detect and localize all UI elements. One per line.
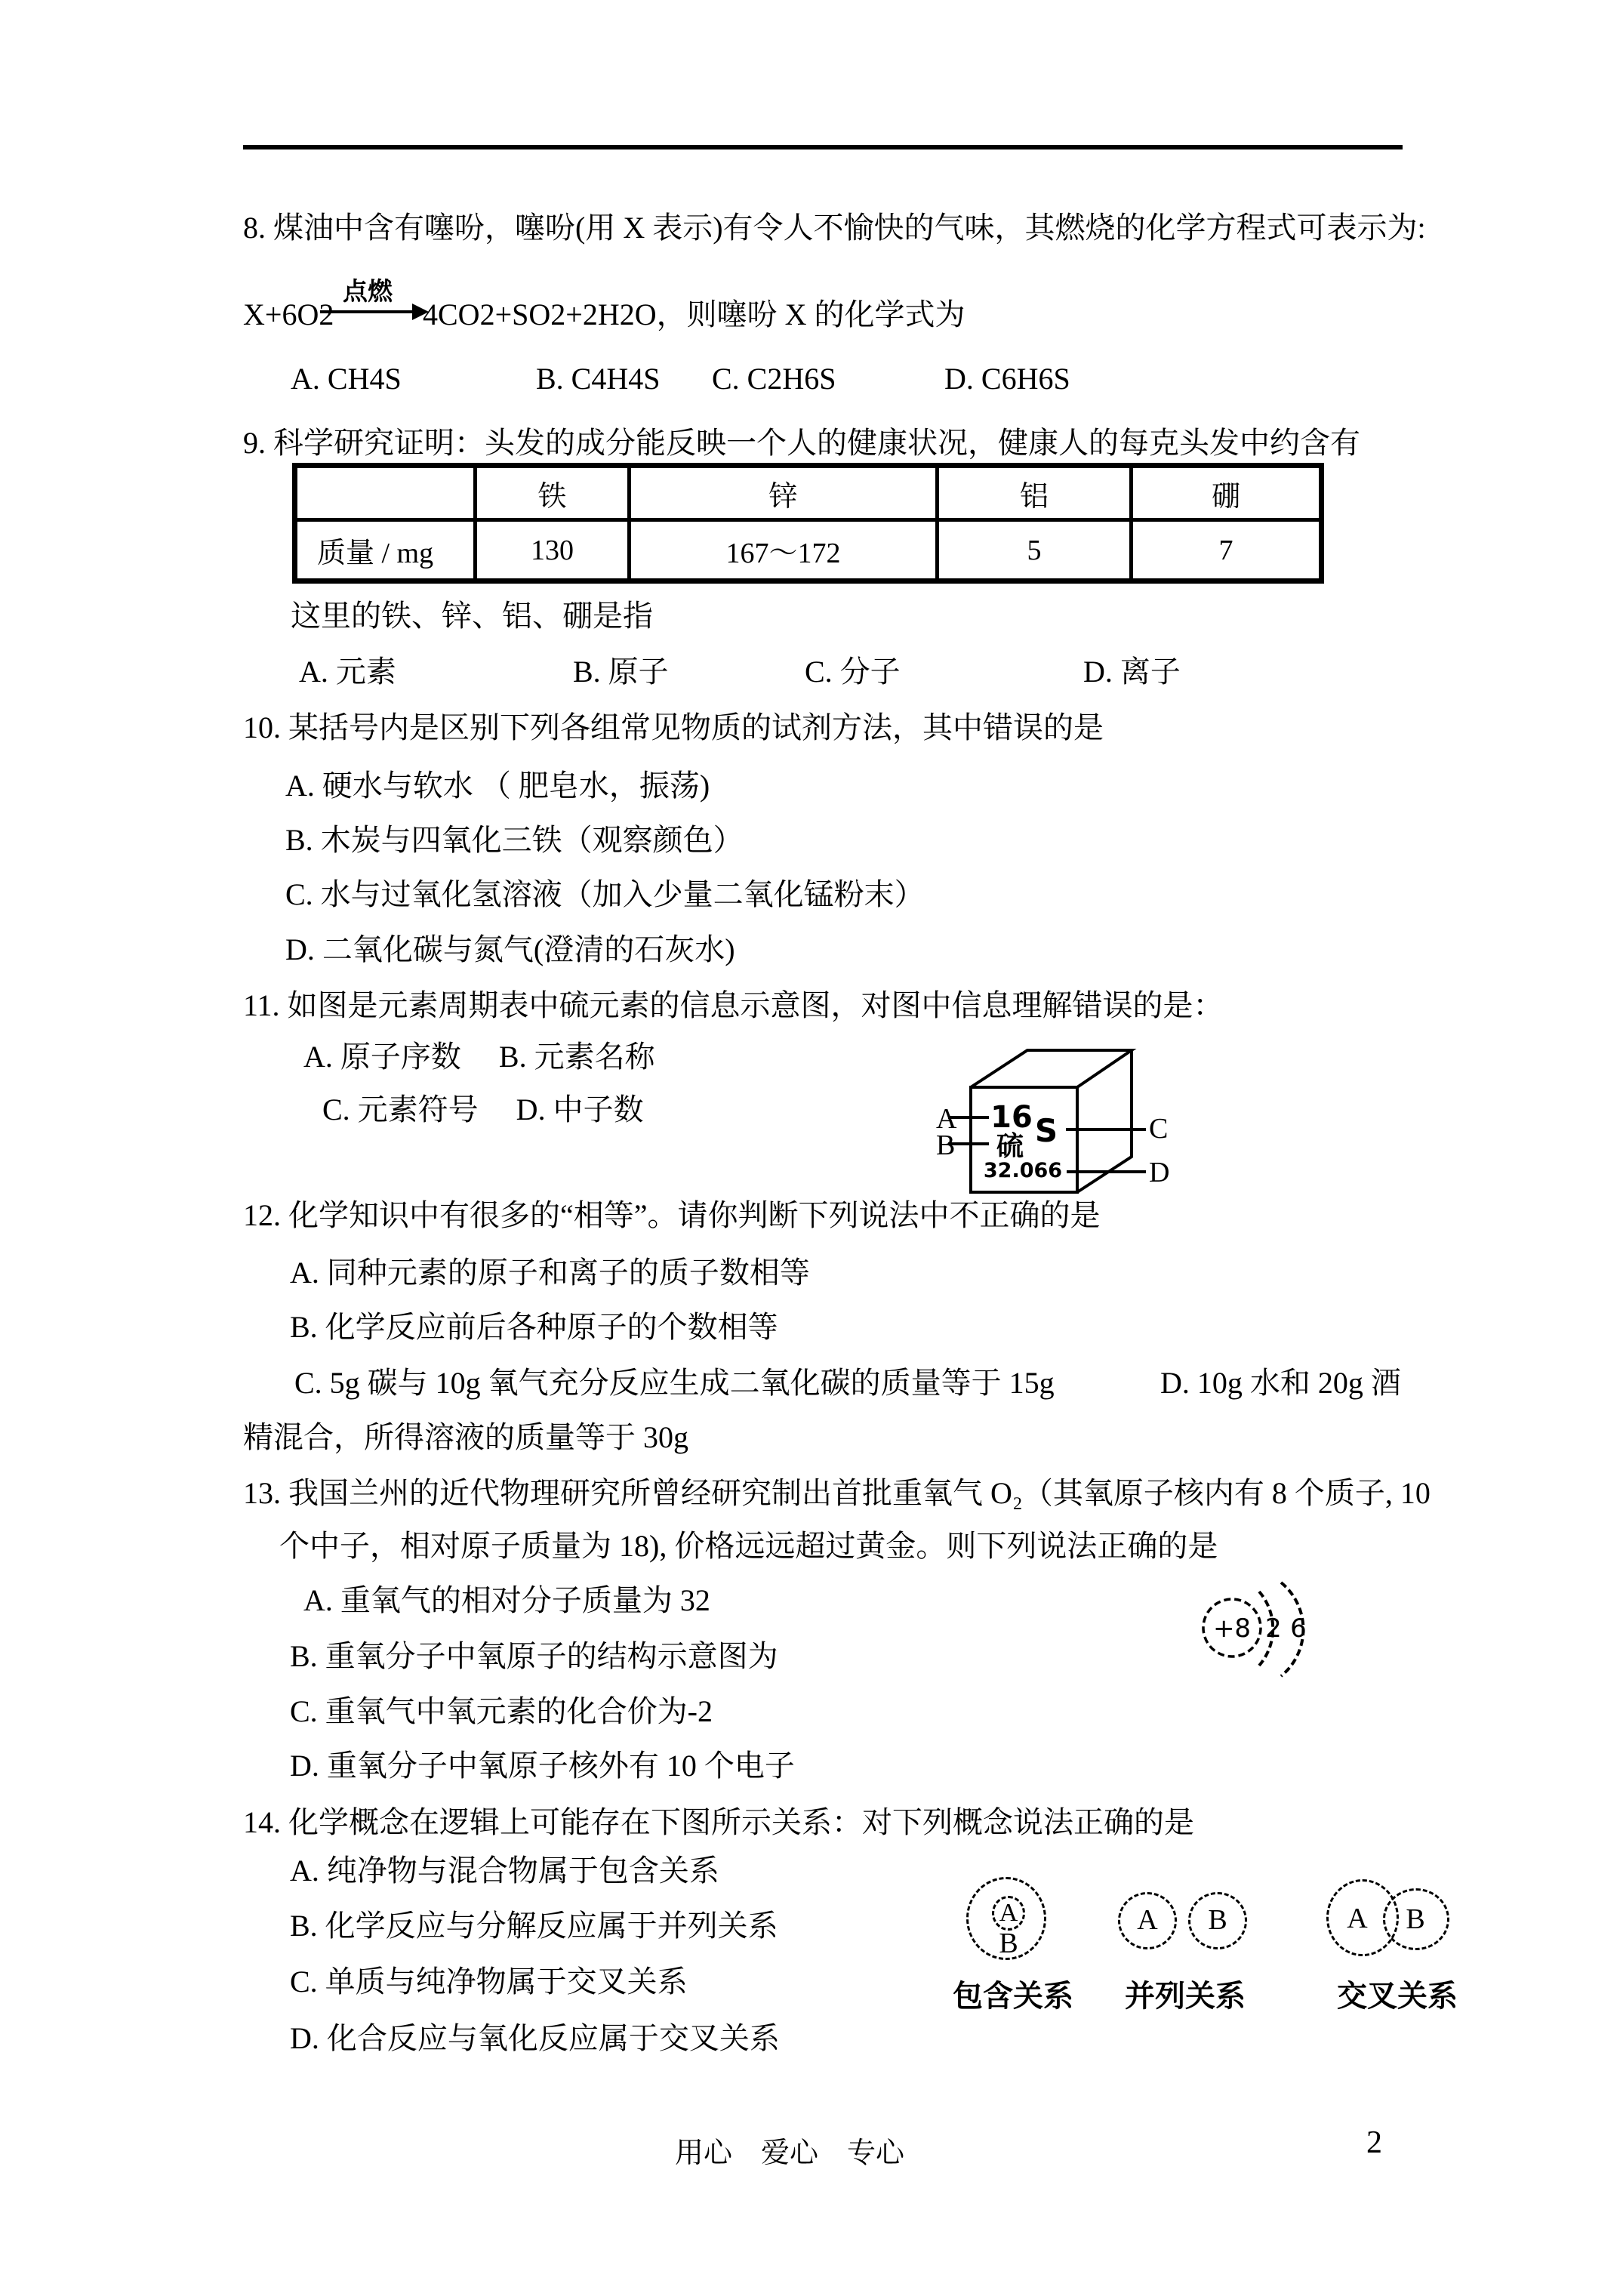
- q9-option-b: B. 原子: [573, 655, 669, 689]
- table-cell-iron-value: 130: [476, 520, 630, 581]
- question-14-stem: 14. 化学概念在逻辑上可能存在下图所示关系：对下列概念说法正确的是: [243, 1806, 1194, 1839]
- q10-option-b: B. 木炭与四氧化三铁（观察颜色）: [285, 824, 744, 857]
- q12-option-d: D. 10g 水和 20g 酒: [1160, 1367, 1401, 1400]
- cross-caption: 交叉关系: [1337, 1972, 1458, 2015]
- atomic-number: 16: [990, 1100, 1033, 1135]
- table-value-row: 质量 / mg 130 167～172 5 7: [295, 520, 1322, 581]
- cross-letter-a: A: [1347, 1904, 1367, 1933]
- q13-option-c: C. 重氧气中氧元素的化合价为-2: [290, 1695, 713, 1728]
- atom-structure-diagram: +8 2 6: [1200, 1576, 1321, 1682]
- parallel-caption: 并列关系: [1125, 1972, 1246, 2015]
- q8-reaction-arrow-line: [320, 310, 414, 313]
- q8-option-b: B. C4H4S: [536, 362, 661, 396]
- q9-option-c: C. 分子: [805, 655, 901, 689]
- cross-letter-b: B: [1406, 1905, 1424, 1934]
- q14-option-b: B. 化学反应与分解反应属于并列关系: [290, 1909, 778, 1943]
- table-header-iron: 铁: [476, 466, 630, 520]
- cube-label-d: D: [1149, 1157, 1169, 1188]
- q8-option-d: D. C6H6S: [944, 362, 1070, 396]
- table-header-boron: 硼: [1132, 466, 1322, 520]
- periodic-table-cell-diagram: A B C D 16 S 硫 32.066: [935, 1043, 1178, 1202]
- cube-label-b: B: [936, 1130, 955, 1161]
- q9-option-a: A. 元素: [299, 655, 396, 689]
- q12-option-a: A. 同种元素的原子和离子的质子数相等: [290, 1256, 810, 1290]
- q9-option-d: D. 离子: [1083, 655, 1181, 689]
- q14-option-c: C. 单质与纯净物属于交叉关系: [290, 1965, 688, 1999]
- question-13-line1: 13. 我国兰州的近代物理研究所曾经研究制出首批重氧气 O₂（其氧原子核内有 8…: [243, 1477, 1431, 1510]
- question-12-stem: 12. 化学知识中有很多的“相等”。请你判断下列说法中不正确的是: [243, 1199, 1101, 1232]
- q8-equation-right: 4CO2+SO2+2H2O，则噻吩 X 的化学式为: [423, 298, 965, 331]
- element-name: 硫: [996, 1131, 1024, 1162]
- table-cell-aluminum-value: 5: [938, 520, 1132, 581]
- table-cell-mass-label: 质量 / mg: [295, 520, 476, 581]
- q12-option-d-continuation: 精混合，所得溶液的质量等于 30g: [243, 1421, 688, 1454]
- table-header-row: 铁 锌 铝 硼: [295, 466, 1322, 520]
- question-11-stem: 11. 如图是元素周期表中硫元素的信息示意图，对图中信息理解错误的是：: [243, 989, 1224, 1022]
- q8-equation-left: X+6O2: [243, 298, 334, 331]
- q13-option-b: B. 重氧分子中氧原子的结构示意图为: [290, 1640, 778, 1673]
- table-cell-zinc-value: 167～172: [630, 520, 938, 581]
- question-8-stem: 8. 煤油中含有噻吩，噻吩(用 X 表示)有令人不愉快的气味，其燃烧的化学方程式…: [243, 211, 1426, 245]
- question-10-stem: 10. 某括号内是区别下列各组常见物质的试剂方法，其中错误的是: [243, 711, 1104, 744]
- table-header-empty: [295, 466, 476, 520]
- atomic-mass: 32.066: [984, 1159, 1062, 1182]
- table-cell-boron-value: 7: [1132, 520, 1322, 581]
- table-header-aluminum: 铝: [938, 466, 1132, 520]
- parallel-letter-a: A: [1137, 1906, 1157, 1934]
- q14-option-a: A. 纯净物与混合物属于包含关系: [290, 1854, 719, 1888]
- inclusion-caption: 包含关系: [953, 1972, 1073, 2015]
- q8-option-a: A. CH4S: [291, 362, 402, 396]
- q11-options-cd: C. 元素符号 D. 中子数: [322, 1093, 644, 1126]
- inclusion-letter-b: B: [999, 1929, 1018, 1958]
- q9-followup: 这里的铁、锌、铝、硼是指: [291, 599, 653, 633]
- footer-motto: 用心 爱心 专心: [675, 2129, 904, 2171]
- q10-option-d: D. 二氧化碳与氮气(澄清的石灰水): [285, 933, 735, 966]
- q10-option-c: C. 水与过氧化氢溶液（加入少量二氧化锰粉末）: [285, 878, 925, 911]
- q12-option-b: B. 化学反应前后各种原子的个数相等: [290, 1311, 778, 1344]
- nucleus-charge: +8: [1213, 1613, 1251, 1644]
- page-number: 2: [1366, 2125, 1382, 2161]
- question-9-stem: 9. 科学研究证明：头发的成分能反映一个人的健康状况，健康人的每克头发中约含有: [243, 427, 1360, 460]
- header-rule: [243, 145, 1403, 149]
- q12-option-c: C. 5g 碳与 10g 氧气充分反应生成二氧化碳的质量等于 15g: [294, 1367, 1055, 1400]
- q11-options-ab: A. 原子序数 B. 元素名称: [303, 1040, 655, 1074]
- q8-arrow-condition-label: 点燃: [343, 272, 393, 307]
- element-symbol: S: [1035, 1112, 1058, 1149]
- q13-option-a: A. 重氧气的相对分子质量为 32: [303, 1584, 710, 1617]
- exam-page: 8. 煤油中含有噻吩，噻吩(用 X 表示)有令人不愉快的气味，其燃烧的化学方程式…: [0, 0, 1623, 2296]
- cube-label-c: C: [1149, 1113, 1168, 1145]
- q8-option-c: C. C2H6S: [712, 362, 836, 396]
- shell-1-electron-count: 2: [1265, 1613, 1282, 1644]
- hair-composition-table: 铁 锌 铝 硼 质量 / mg 130 167～172 5 7: [292, 463, 1324, 584]
- q10-option-a: A. 硬水与软水 （ 肥皂水，振荡): [285, 769, 710, 803]
- table-header-zinc: 锌: [630, 466, 938, 520]
- question-13-line2: 个中子，相对原子质量为 18), 价格远远超过黄金。则下列说法正确的是: [279, 1530, 1218, 1563]
- inclusion-letter-a: A: [999, 1900, 1018, 1926]
- q14-option-d: D. 化合反应与氧化反应属于交叉关系: [290, 2022, 780, 2055]
- q13-option-d: D. 重氧分子中氧原子核外有 10 个电子: [290, 1749, 795, 1783]
- parallel-letter-b: B: [1208, 1906, 1227, 1934]
- cube-top-face: [971, 1050, 1132, 1087]
- shell-2-electron-count: 6: [1290, 1613, 1307, 1644]
